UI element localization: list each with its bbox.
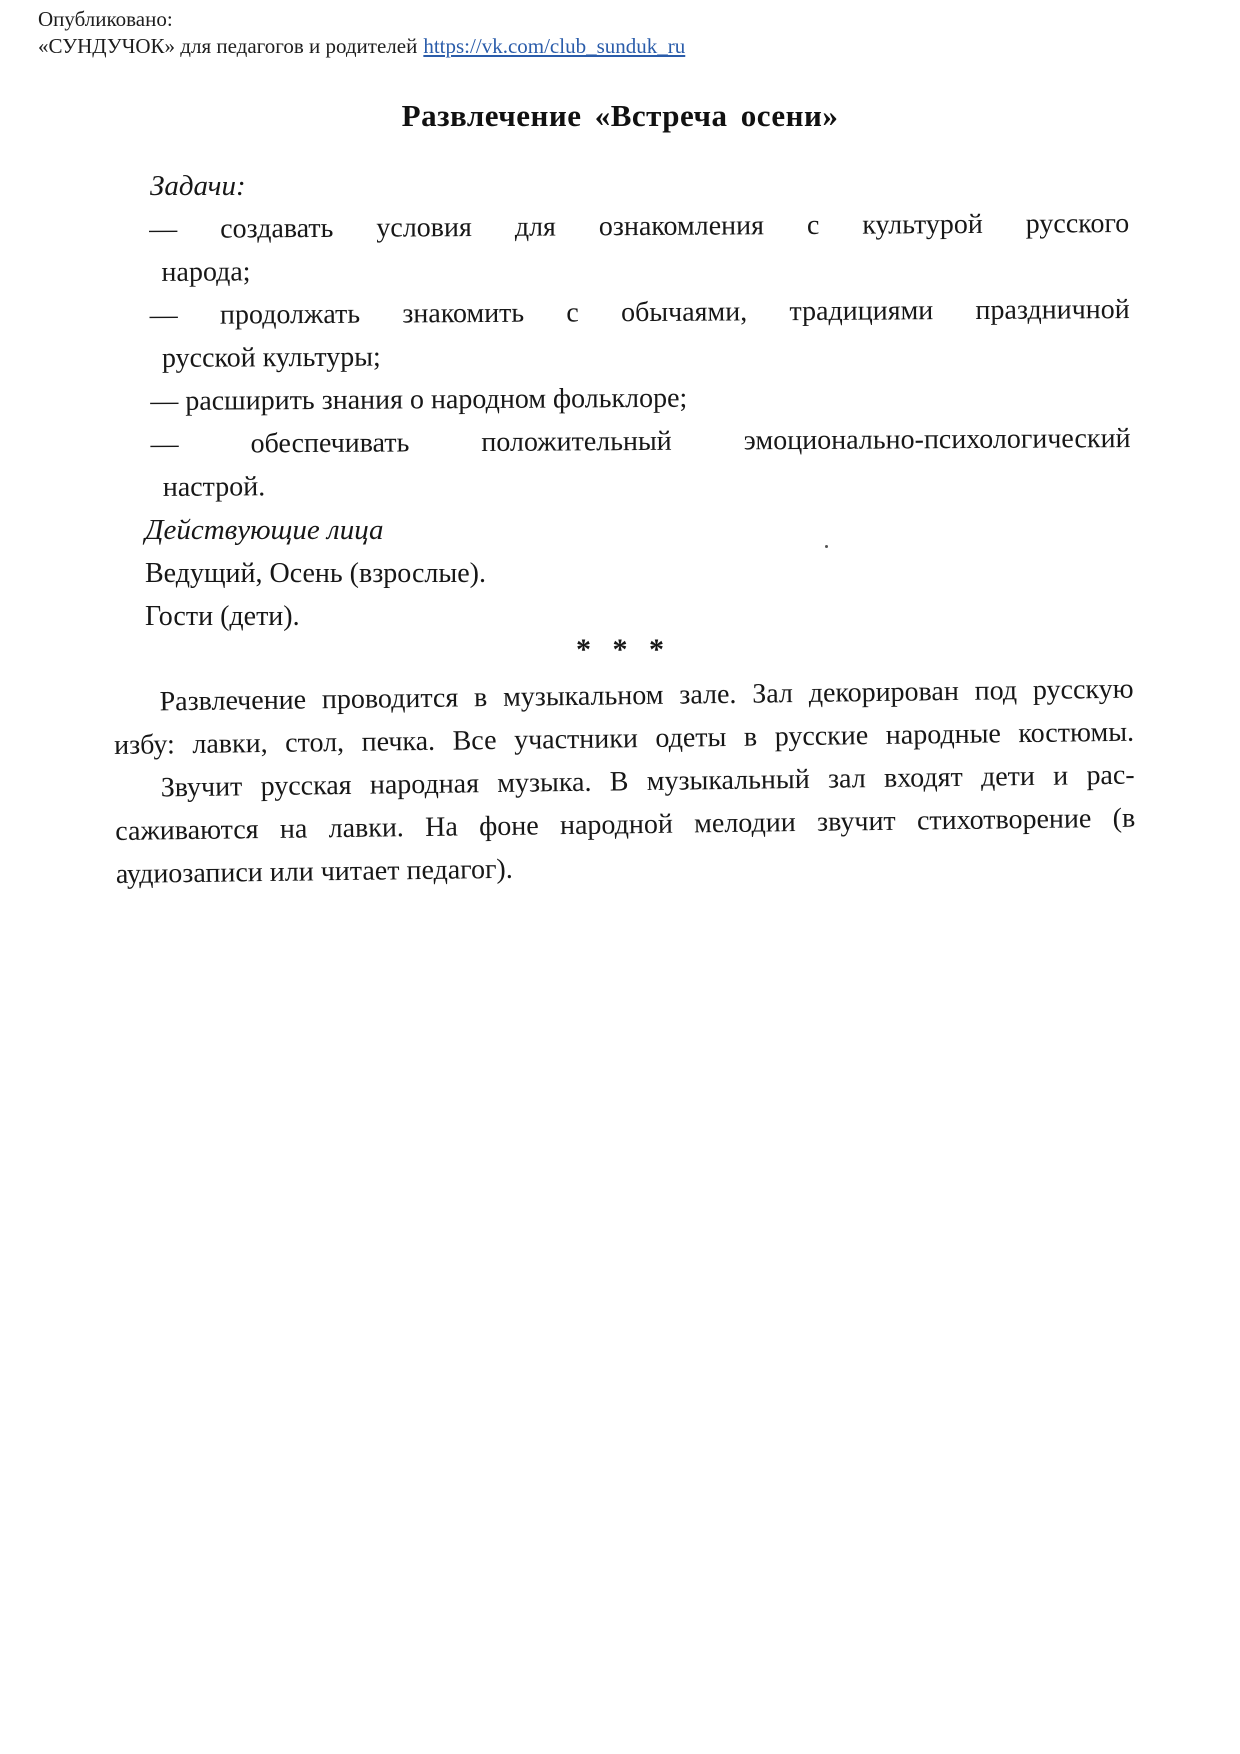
published-label: Опубликовано: — [38, 6, 685, 33]
paragraph: Звучит русская народная музыка. В музыка… — [114, 754, 1136, 896]
task-line: настрой. — [151, 460, 1131, 509]
task-line: — обеспечивать положительный эмоциональн… — [150, 417, 1130, 466]
task-item: — создавать условия для ознакомления с к… — [149, 202, 1130, 294]
task-line: — расширить знания о народном фольклоре; — [150, 374, 1130, 423]
document-title: Развлечение «Встреча осени» — [0, 98, 1240, 134]
scanned-document-page: Опубликовано: «СУНДУЧОК» для педагогов и… — [0, 0, 1240, 1754]
task-line: — продолжать знакомить с обычаями, тради… — [150, 288, 1130, 337]
document-body: Задачи: — создавать условия для ознакомл… — [115, 165, 1135, 896]
paragraph: Развлечение проводится в музыкальном зал… — [113, 668, 1134, 767]
scan-artifact-dot — [825, 545, 828, 548]
vk-club-link[interactable]: https://vk.com/club_sunduk_ru — [423, 34, 685, 58]
cast-heading: Действующие лица — [145, 509, 1135, 552]
scene-description: Развлечение проводится в музыкальном зал… — [113, 668, 1136, 896]
task-line: русской культуры; — [150, 331, 1130, 380]
task-item: — расширить знания о народном фольклоре; — [150, 374, 1130, 423]
task-line: — создавать условия для ознакомления с к… — [149, 202, 1129, 251]
publication-header: Опубликовано: «СУНДУЧОК» для педагогов и… — [38, 6, 685, 60]
tasks-heading: Задачи: — [150, 165, 1135, 208]
task-line: народа; — [149, 245, 1129, 294]
publication-source-line: «СУНДУЧОК» для педагогов и родителейhttp… — [38, 33, 685, 60]
task-item: — обеспечивать положительный эмоциональн… — [150, 417, 1131, 509]
task-item: — продолжать знакомить с обычаями, тради… — [150, 288, 1131, 380]
tasks-list: — создавать условия для ознакомления с к… — [149, 202, 1131, 509]
cast-line: Ведущий, Осень (взрослые). — [145, 552, 1135, 595]
cast-section: Действующие лица Ведущий, Осень (взрослы… — [145, 509, 1135, 638]
source-name: «СУНДУЧОК» для педагогов и родителей — [38, 34, 417, 58]
